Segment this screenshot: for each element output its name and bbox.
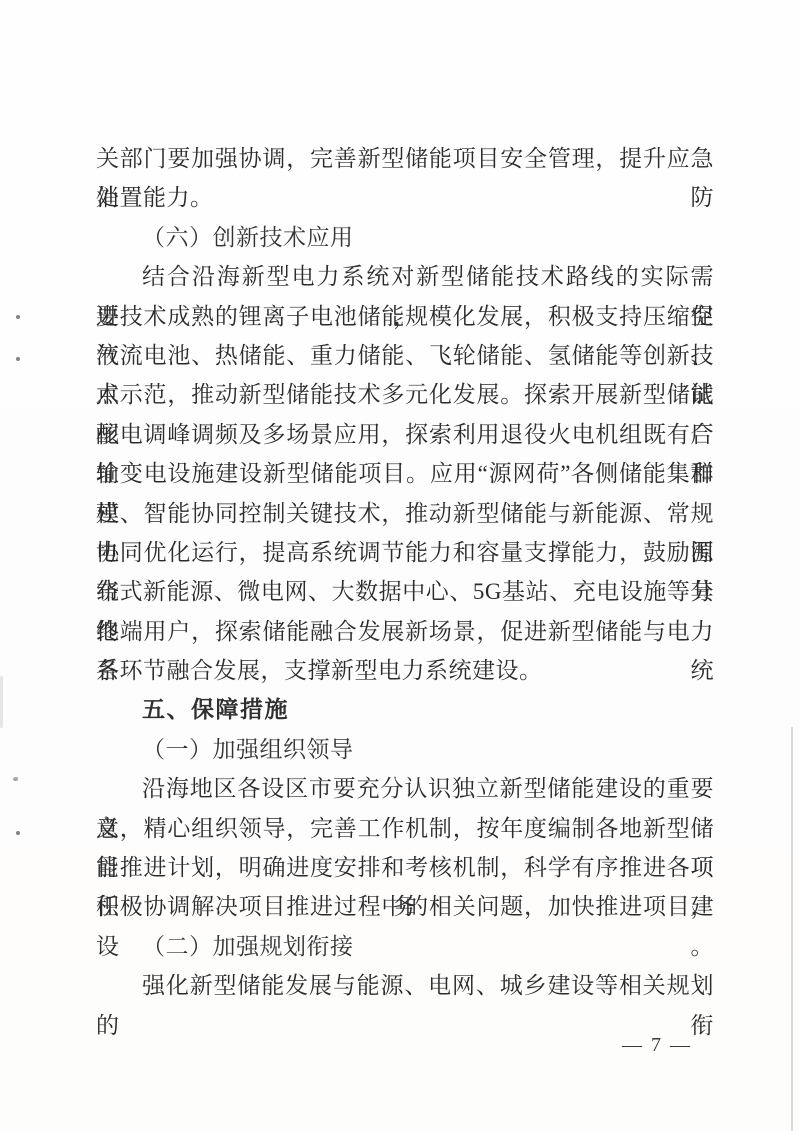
section-heading: 五、保障措施 — [96, 690, 714, 729]
document-text-block: 关部门要加强协调，完善新型储能项目安全管理，提升应急消防 处置能力。 （六）创新… — [96, 139, 714, 1006]
page-number: — 7 — — [612, 1034, 702, 1057]
text-line: 输变电设施建设新型储能项目。应用“源网荷”各侧储能集群建 — [96, 454, 714, 493]
scan-speck — [16, 315, 20, 319]
text-line: 液流电池、热储能、重力储能、飞轮储能、氢储能等创新技术试 — [96, 336, 714, 375]
text-line: 协同优化运行，提高系统调节能力和容量支撑能力，鼓励围绕分 — [96, 533, 714, 572]
scan-smudge — [0, 676, 3, 728]
scan-edge-line — [791, 727, 793, 1131]
document-page: 关部门要加强协调，完善新型储能项目安全管理，提升应急消防 处置能力。 （六）创新… — [0, 0, 800, 1131]
text-line: 结合沿海新型电力系统对新型储能技术路线的实际需要，促 — [96, 257, 714, 296]
text-line: 终端用户，探索储能融合发展新场景，促进新型储能与电力系统 — [96, 612, 714, 651]
text-line: 进技术成熟的锂离子电池储能规模化发展，积极支持压缩空气、 — [96, 297, 714, 336]
text-line: 沿海地区各设区市要充分认识独立新型储能建设的重要意 — [96, 769, 714, 808]
subsection-heading: （六）创新技术应用 — [96, 218, 714, 257]
text-line: 核电调峰调频及多场景应用，探索利用退役火电机组既有厂址和 — [96, 415, 714, 454]
scan-speck — [16, 357, 20, 361]
scan-speck — [13, 777, 18, 781]
text-line: 目推进计划，明确进度安排和考核机制，科学有序推进各项任务， — [96, 848, 714, 887]
text-line: 点示范，推动新型储能技术多元化发展。探索开展新型储能配合 — [96, 375, 714, 414]
text-line: 关部门要加强协调，完善新型储能项目安全管理，提升应急消防 — [96, 139, 714, 178]
text-line: 积极协调解决项目推进过程中的相关问题，加快推进项目建设。 — [96, 887, 714, 926]
text-line: 义，精心组织领导，完善工作机制，按年度编制各地新型储能项 — [96, 809, 714, 848]
scan-speck — [16, 831, 20, 835]
subsection-heading: （一）加强组织领导 — [96, 730, 714, 769]
text-line: 布式新能源、微电网、大数据中心、5G基站、充电设施等其他 — [96, 572, 714, 611]
text-line: 模、智能协同控制关键技术，推动新型储能与新能源、常规电源 — [96, 494, 714, 533]
text-line: 强化新型储能发展与能源、电网、城乡建设等相关规划的衔 — [96, 966, 714, 1005]
